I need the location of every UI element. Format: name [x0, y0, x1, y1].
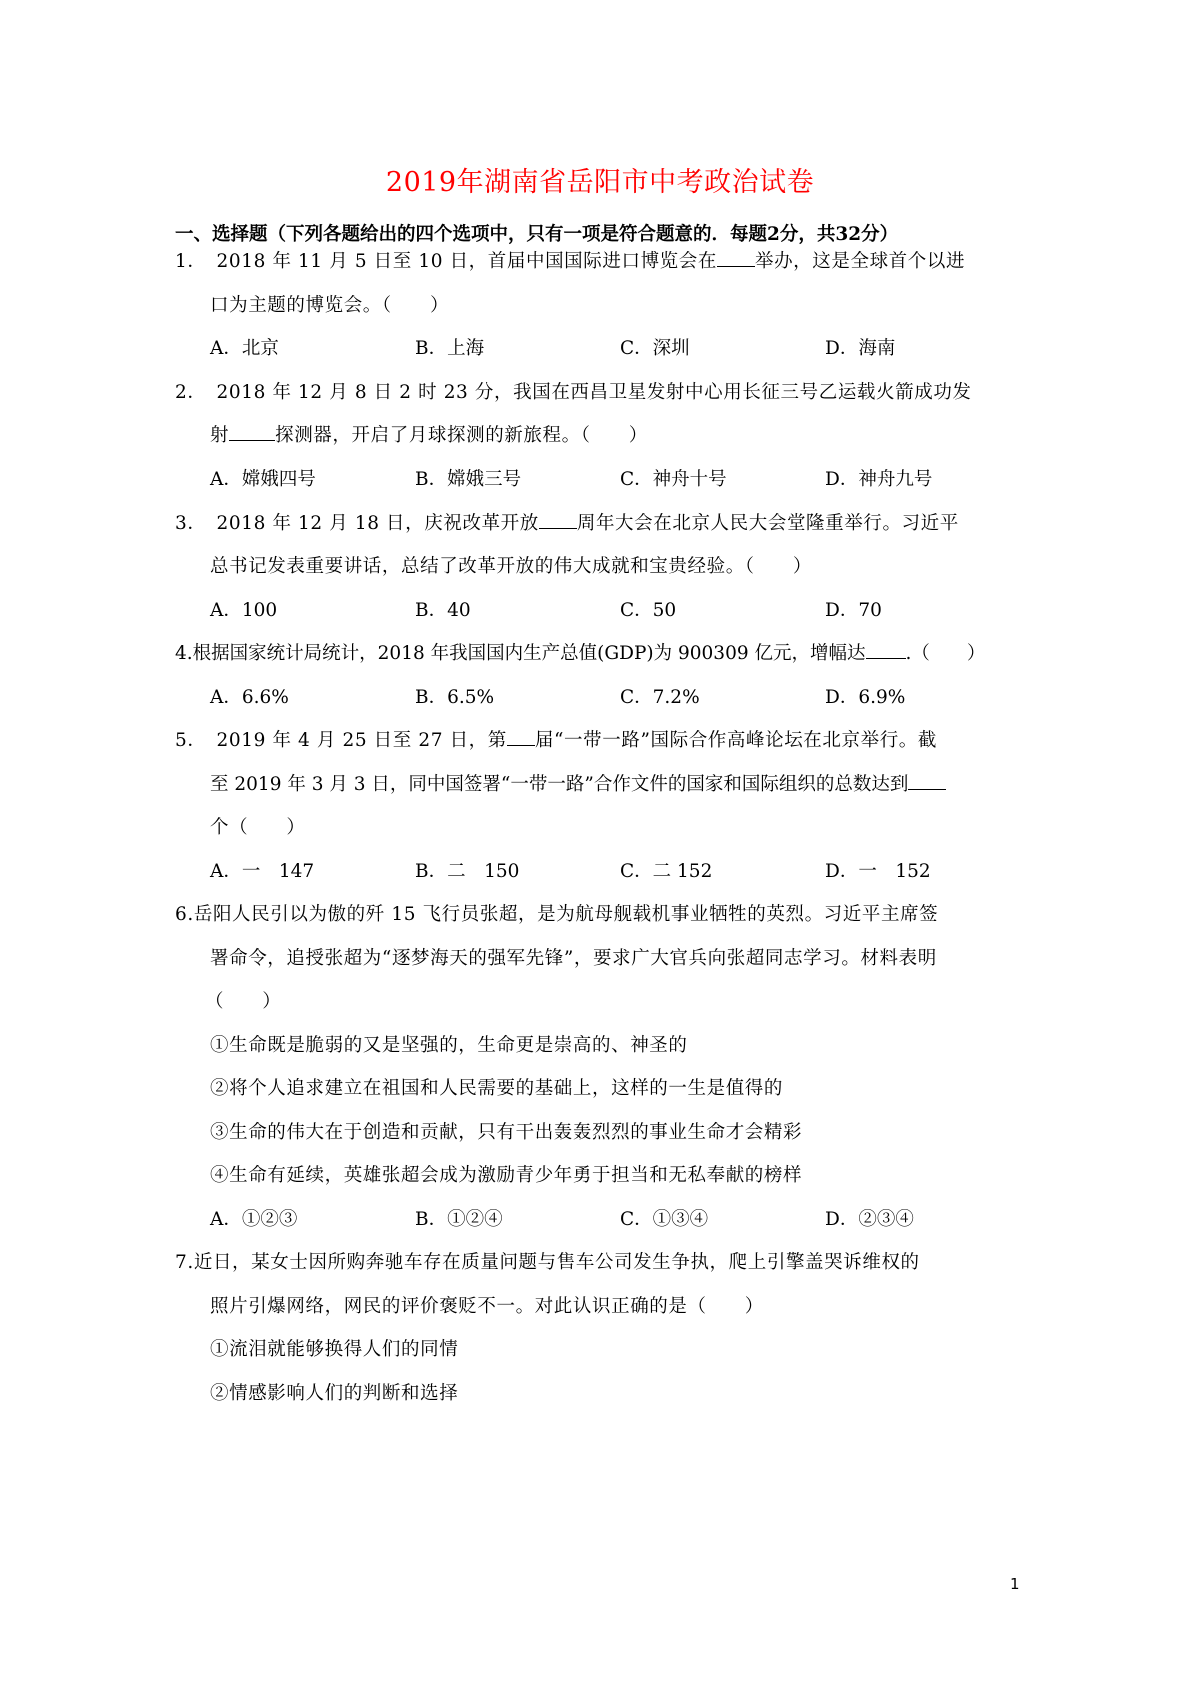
- question-7-statement-1: ①流泪就能够换得人们的同情: [210, 1335, 458, 1361]
- answer-blank: [717, 250, 755, 267]
- option-c: C．二 152: [620, 857, 825, 883]
- question-number: 5．: [175, 726, 210, 752]
- question-number: 6.: [175, 904, 194, 925]
- section-heading: 一、选择题（下列各题给出的四个选项中，只有一项是符合题意的．每题2分，共32分）: [175, 220, 898, 246]
- option-d: D．②③④: [825, 1205, 1030, 1231]
- option-d: D．6.9%: [825, 683, 1030, 709]
- option-c: C．深圳: [620, 334, 825, 360]
- question-5-line-1: 5． 2019 年 4 月 25 日至 27 日，第届“一带一路”国际合作高峰论…: [175, 726, 937, 752]
- question-number: 4.: [175, 643, 193, 664]
- page-number: 1: [1010, 1575, 1020, 1593]
- question-6-line-1: 6.岳阳人民引以为傲的歼 15 飞行员张超，是为航母舰载机事业牺牲的英烈。习近平…: [175, 900, 938, 926]
- answer-blank: [866, 642, 906, 659]
- question-4-options: A．6.6% B．6.5% C．7.2% D．6.9%: [210, 683, 1030, 709]
- question-number: 7.: [175, 1252, 194, 1273]
- option-c: C．神舟十号: [620, 465, 825, 491]
- question-6-statement-4: ④生命有延续，英雄张超会成为激励青少年勇于担当和无私奉献的榜样: [210, 1161, 802, 1187]
- option-d: D．海南: [825, 334, 1030, 360]
- question-6-statement-1: ①生命既是脆弱的又是坚强的，生命更是崇高的、神圣的: [210, 1031, 688, 1057]
- option-d: D．70: [825, 596, 1030, 622]
- option-a: A．嫦娥四号: [210, 465, 415, 491]
- question-1-options: A．北京 B．上海 C．深圳 D．海南: [210, 334, 1030, 360]
- question-6-line-3: （ ）: [205, 987, 281, 1013]
- question-7-line-1: 7.近日，某女士因所购奔驰车存在质量问题与售车公司发生争执，爬上引擎盖哭诉维权的: [175, 1248, 920, 1274]
- option-c: C．7.2%: [620, 683, 825, 709]
- question-2-options: A．嫦娥四号 B．嫦娥三号 C．神舟十号 D．神舟九号: [210, 465, 1030, 491]
- question-2-line-1: 2． 2018 年 12 月 8 日 2 时 23 分，我国在西昌卫星发射中心用…: [175, 378, 972, 404]
- option-a: A．①②③: [210, 1205, 415, 1231]
- question-number: 1．: [175, 247, 210, 273]
- question-1-line-1: 1． 2018 年 11 月 5 日至 10 日，首届中国国际进口博览会在举办，…: [175, 247, 965, 273]
- question-6-statement-3: ③生命的伟大在于创造和贡献，只有干出轰轰烈烈的事业生命才会精彩: [210, 1118, 802, 1144]
- option-d: D．一 152: [825, 857, 1030, 883]
- question-5-options: A．一 147 B．二 150 C．二 152 D．一 152: [210, 857, 1030, 883]
- question-6-line-2: 署命令，追授张超为“逐梦海天的强军先锋”，要求广大官兵向张超同志学习。材料表明: [210, 944, 937, 970]
- option-b: B．40: [415, 596, 620, 622]
- question-3-line-2: 总书记发表重要讲话，总结了改革开放的伟大成就和宝贵经验。（ ）: [210, 552, 812, 578]
- page-title: 2019年湖南省岳阳市中考政治试卷: [0, 160, 1200, 199]
- question-3-line-1: 3． 2018 年 12 月 18 日，庆祝改革开放周年大会在北京人民大会堂隆重…: [175, 509, 959, 535]
- question-6-statement-2: ②将个人追求建立在祖国和人民需要的基础上，这样的一生是值得的: [210, 1074, 783, 1100]
- option-a: A．6.6%: [210, 683, 415, 709]
- option-c: C．50: [620, 596, 825, 622]
- question-number: 2．: [175, 378, 210, 404]
- option-b: B．①②④: [415, 1205, 620, 1231]
- answer-blank: [908, 773, 946, 790]
- question-1-line-2: 口为主题的博览会。（ ）: [210, 291, 449, 317]
- question-5-line-2: 至 2019 年 3 月 3 日，同中国签署“一带一路”合作文件的国家和国际组织…: [210, 770, 946, 796]
- option-b: B．6.5%: [415, 683, 620, 709]
- answer-blank: [539, 512, 577, 529]
- question-5-line-3: 个（ ）: [210, 813, 306, 839]
- option-b: B．嫦娥三号: [415, 465, 620, 491]
- question-7-line-2: 照片引爆网络，网民的评价褒贬不一。对此认识正确的是（ ）: [210, 1292, 764, 1318]
- question-4-line-1: 4.根据国家统计局统计，2018 年我国国内生产总值(GDP)为 900309 …: [175, 639, 985, 665]
- question-7-statement-2: ②情感影响人们的判断和选择: [210, 1379, 458, 1405]
- question-2-line-2: 射探测器，开启了月球探测的新旅程。（ ）: [210, 421, 648, 447]
- option-b: B．二 150: [415, 857, 620, 883]
- option-b: B．上海: [415, 334, 620, 360]
- answer-blank: [229, 424, 275, 441]
- question-number: 3．: [175, 509, 210, 535]
- option-a: A．北京: [210, 334, 415, 360]
- question-6-options: A．①②③ B．①②④ C．①③④ D．②③④: [210, 1205, 1030, 1231]
- option-a: A．一 147: [210, 857, 415, 883]
- option-d: D．神舟九号: [825, 465, 1030, 491]
- option-a: A．100: [210, 596, 415, 622]
- answer-blank: [507, 729, 535, 746]
- option-c: C．①③④: [620, 1205, 825, 1231]
- question-3-options: A．100 B．40 C．50 D．70: [210, 596, 1030, 622]
